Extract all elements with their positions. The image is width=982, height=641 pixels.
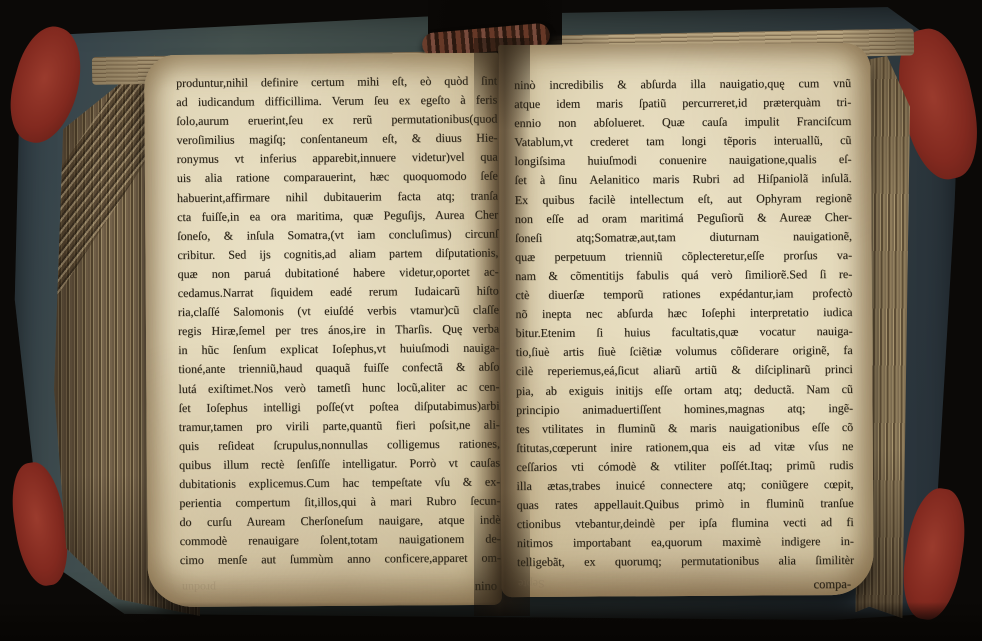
text-line: ſoneſo, & inſula Somatra,(vt iam concluſ… xyxy=(177,224,498,246)
text-line: cribitur. Sed ijs cognitis,ad aliam part… xyxy=(177,243,498,265)
text-line: quis reſideat ſcrupulus,nonnullas collig… xyxy=(179,434,500,456)
text-line: veroſimilius magiſq; conſentaneum eſt, &… xyxy=(176,129,497,151)
text-line: longiſsima huiuſmodi conuenire nauigatio… xyxy=(514,150,851,171)
text-line: ſet à ſinu Aelanitico maris Rubri ad Hiſ… xyxy=(515,169,852,190)
text-line: quas rates appellauit.Quibus primò in fl… xyxy=(517,494,854,515)
text-line: telligebãt, ex quorumq; permutationibus … xyxy=(517,551,854,572)
text-line: cedamus.Narrat ſiquidem eadé rerum Iudai… xyxy=(178,282,499,304)
text-line: commodè renauigare ſolent,totam nauigati… xyxy=(180,530,501,552)
left-page-text: produntur,nihil definire certum mihi eſt… xyxy=(176,71,501,570)
text-line: pia, ab exiguis initijs eſſe ortam atq; … xyxy=(516,379,853,400)
text-line: cimo menſe aut ſummùm anno conficere,app… xyxy=(180,549,501,571)
text-line: Vatablum,vt crederet tam longi tẽporis i… xyxy=(514,131,851,152)
text-line: ſolo,aurum eruerint,ſeu ex rerũ permutat… xyxy=(176,110,497,132)
text-line: tes vtilitates in fluminũ & maris nauiga… xyxy=(516,418,853,439)
text-line: do curſu Auream Cherſoneſum nauigare, at… xyxy=(179,511,500,533)
text-line: cta fuiſſe,in ea ora maritima, quæ Peguſ… xyxy=(177,205,498,227)
text-line: habuerint,affirmare nihil dubitauerim fa… xyxy=(177,186,498,208)
right-catchword: compa- xyxy=(514,577,851,594)
text-line: ctionibus vtebantur,deindè per ipſa flum… xyxy=(517,513,854,534)
text-line: produntur,nihil definire certum mihi eſt… xyxy=(176,71,497,93)
text-line: nõ inepta nec abſurda hæc Ioſephi interp… xyxy=(515,303,852,324)
text-line: tioné,ante trienniũ,haud quaquã fuiſſe c… xyxy=(178,358,499,380)
left-catchword: nino xyxy=(176,579,497,597)
text-line: atque idem maris ſpatiũ percurreret,id p… xyxy=(514,93,851,114)
book-photo: produntur,nihil definire certum mihi eſt… xyxy=(0,0,982,641)
text-line: tio,ſiuè artis ſiuè ſciẽtiæ volumus cõſi… xyxy=(516,341,853,362)
text-line: quibus illum rectè ſenſiſſe intelligatur… xyxy=(179,453,500,475)
text-line: lutá exiſtimet.Nos verò tametſi hunc loc… xyxy=(178,377,499,399)
text-line: perientia compertum ſit,illos,qui à mari… xyxy=(179,492,500,514)
text-line: quæ perpetuum trienniũ cõplecteretur,eſſ… xyxy=(515,246,852,267)
text-line: tramur,tamen pro virili parte,quantũ fie… xyxy=(179,415,500,437)
text-line: regis Hiræ,ſemel per tres ános,ire in Th… xyxy=(178,320,499,342)
text-line: ceſſarios vti cómodè & vtiliter poſſét.I… xyxy=(516,456,853,477)
text-line: dubitationis explicemus.Cum hac tempeſta… xyxy=(179,472,500,494)
right-page-text: ninò incredibilis & abſurda illa nauigat… xyxy=(514,74,854,572)
text-line: ctè diuerſæ temporũ rationes expédantur,… xyxy=(515,284,852,305)
text-line: ad iudicandum difficillima. Verum ſeu ex… xyxy=(176,91,497,113)
text-line: ria,claſſé Salomonis (vt eiuſdé verbis v… xyxy=(178,301,499,323)
text-line: ennio non abſolueret. Quæ cauſa impulit … xyxy=(514,112,851,133)
text-line: quæ non paruá dubitationé habere videtur… xyxy=(177,262,498,284)
text-line: in hũc ſenſum explicat Ioſephus,vt huiuſ… xyxy=(178,339,499,361)
text-line: non eſſe ad oram maritimá Peguſiorũ & Au… xyxy=(515,208,852,229)
text-line: ſtitutas,cœperunt inire rationem,qua eis… xyxy=(516,437,853,458)
text-line: uis alia ratione comparauerint, hæc quoq… xyxy=(177,167,498,189)
right-showthrough-text: Septe xyxy=(518,576,545,591)
text-line: ſet Ioſephus intelligi poſſe(vt poſtea d… xyxy=(179,396,500,418)
text-line: ronymus vt inferius apparebit,innuere vi… xyxy=(177,148,498,170)
text-line: Ex quibus facilè intellectum eſt, aut Op… xyxy=(515,189,852,210)
left-showthrough-text: produn xyxy=(182,580,216,595)
text-line: nam & cõmentitijs fabulis quá verò ſimil… xyxy=(515,265,852,286)
text-line: illa ætas,trabes inuicé connectere atq; … xyxy=(516,475,853,496)
text-line: bitur.Etenim ſi huius facultatis,quæ voc… xyxy=(516,322,853,343)
text-line: cilè reperiemus,eá,ſicut aliarũ artiũ & … xyxy=(516,360,853,381)
text-line: nitimos importabant ea,quorum maximè ind… xyxy=(517,532,854,553)
text-line: ſoneſi atq;Somatræ,aut,tam diuturnam nau… xyxy=(515,227,852,248)
text-line: ninò incredibilis & abſurda illa nauigat… xyxy=(514,74,851,95)
text-line: principio animaduertiſſent homines,magna… xyxy=(516,399,853,420)
